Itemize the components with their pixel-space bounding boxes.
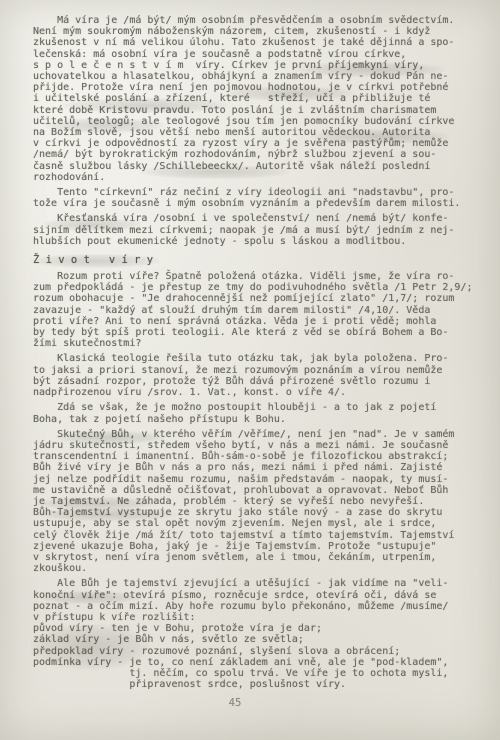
paragraph-reason-vs-faith: Rozum proti víře? Špatně položená otázka…	[33, 271, 480, 349]
page-content: Má víra je /má být/ mým osobním přesvědč…	[33, 15, 480, 694]
paragraph-faith-personal: Má víra je /má být/ mým osobním přesvědč…	[33, 15, 480, 183]
page-number: 45	[0, 697, 470, 709]
paragraph-church-character: Tento "církevní" ráz nečiní z víry ideol…	[33, 187, 480, 209]
paragraph-faith-distinctions-list: Ale Bůh je tajemství zjevující a utěšují…	[33, 578, 480, 690]
paragraph-deeper-approach: Zdá se však, že je možno postoupit hloub…	[33, 402, 480, 424]
scanned-document-page: Má víra je /má být/ mým osobním přesvědč…	[0, 0, 500, 740]
paragraph-classical-theology: Klasická teologie řešila tuto otázku tak…	[33, 353, 480, 398]
section-heading-life-of-faith: Ž i v o t v í r y	[33, 254, 480, 266]
paragraph-ecumenical: Křesťanská víra /osobní i ve společenstv…	[33, 213, 480, 247]
paragraph-god-mystery: Skutečný Bůh, v kterého věřím /věříme/, …	[33, 429, 480, 575]
